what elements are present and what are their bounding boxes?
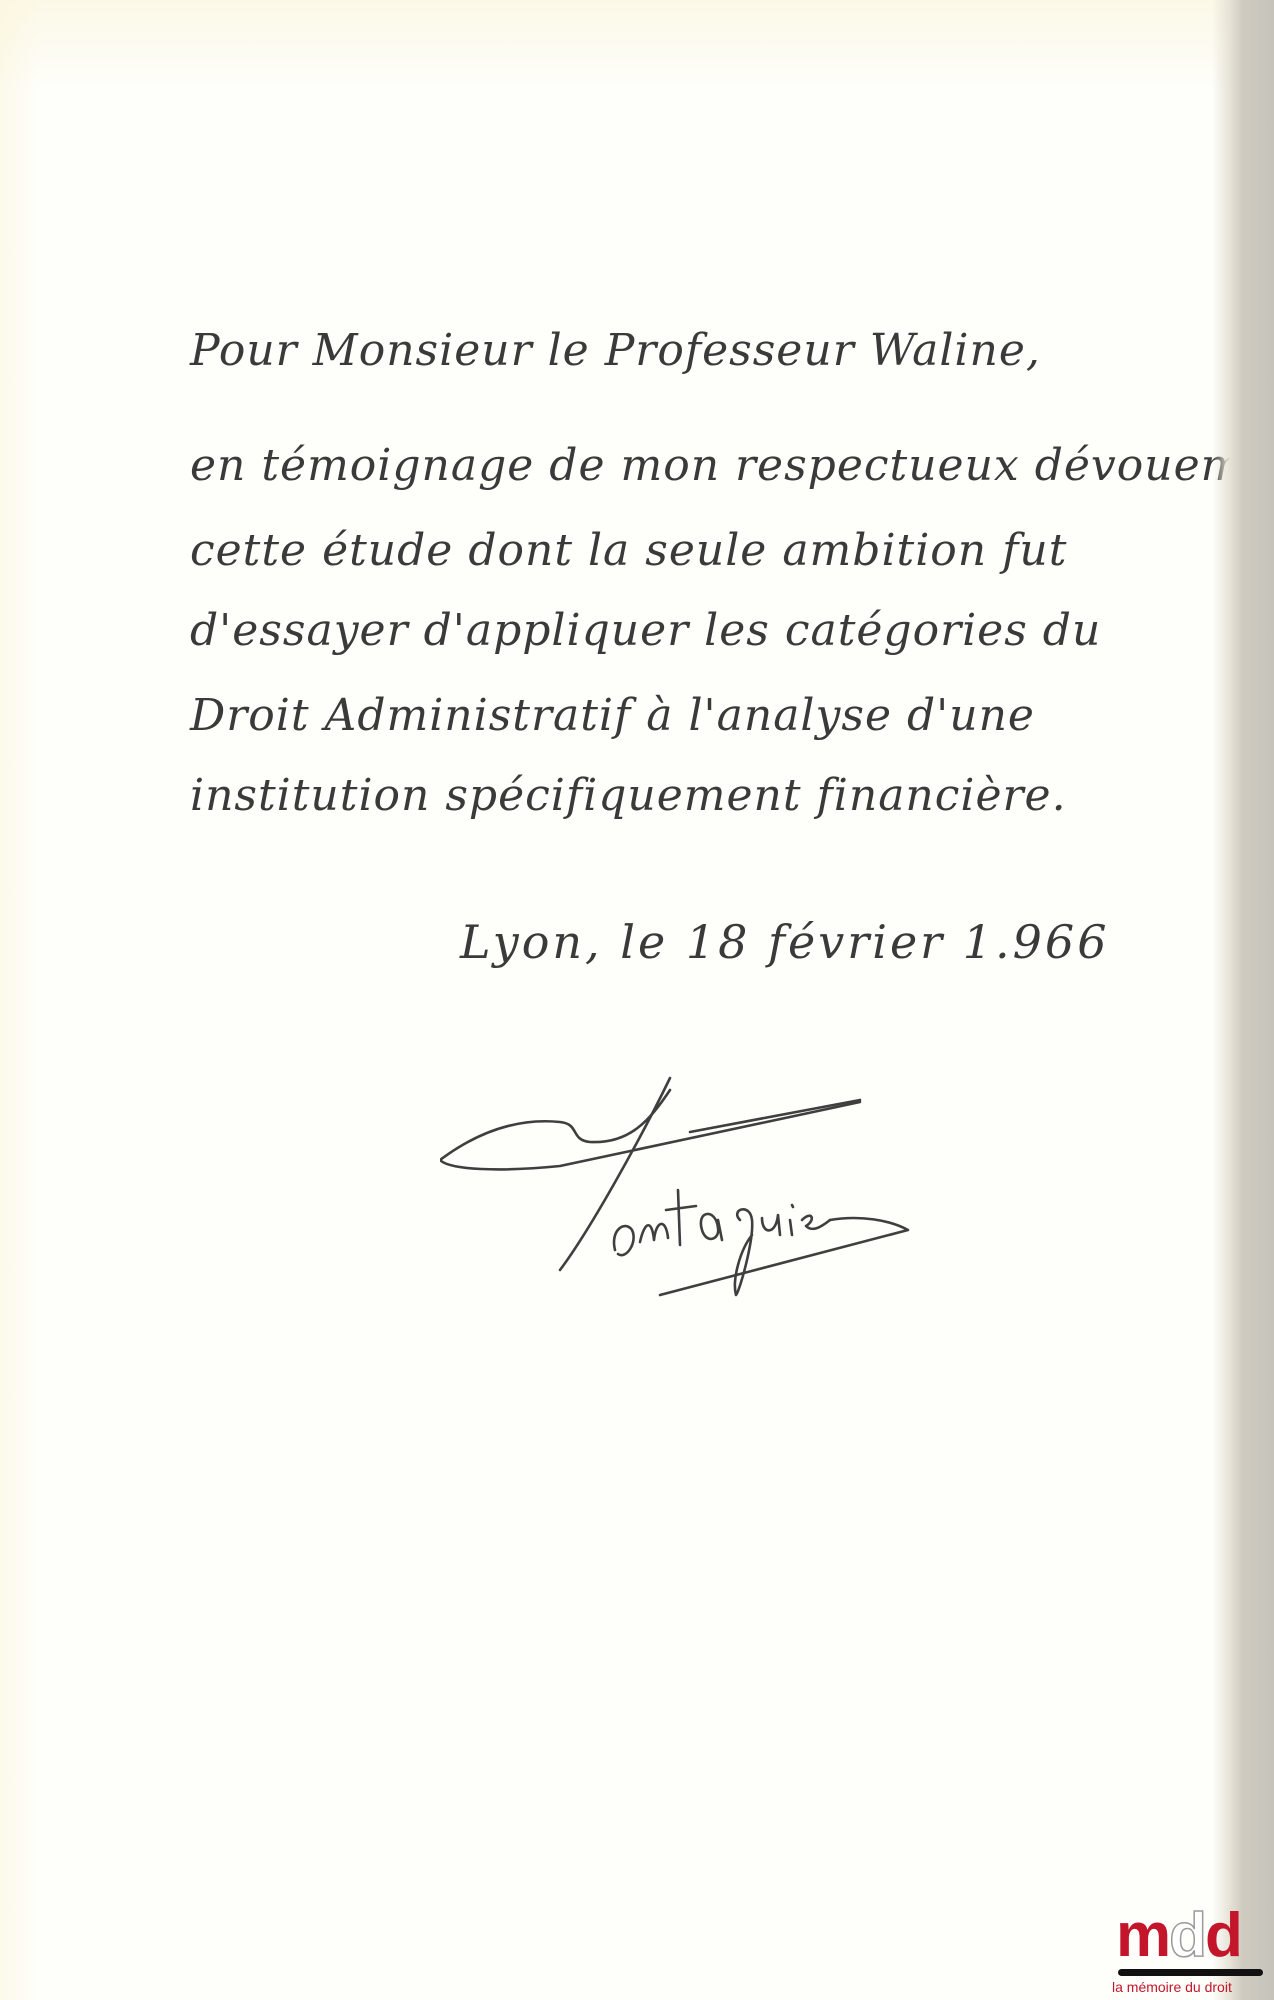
dedication-line-2: en témoignage de mon respectueux dévouem… <box>190 440 1274 491</box>
logo-letter-m: m <box>1116 1901 1169 1970</box>
dedication-line-5: Droit Administratif à l'analyse d'une <box>190 690 1035 741</box>
dedication-line-1: Pour Monsieur le Professeur Waline, <box>190 325 1041 376</box>
logo-mark: mdd <box>1116 1905 1241 1967</box>
mdd-logo: mdd la mémoire du droit <box>1108 1905 1268 1997</box>
dedication-line-4: d'essayer d'appliquer les catégories du <box>190 605 1101 656</box>
logo-letter-d-outline: d <box>1169 1901 1205 1970</box>
book-spine-shadow <box>1212 0 1274 2000</box>
scanned-page: Pour Monsieur le Professeur Waline, en t… <box>0 0 1274 2000</box>
logo-letter-d: d <box>1205 1901 1241 1970</box>
signature <box>440 1070 1000 1300</box>
dedication-line-3: cette étude dont la seule ambition fut <box>190 525 1067 576</box>
logo-underline-bar <box>1118 1969 1263 1976</box>
dedication-line-6: institution spécifiquement financière. <box>190 770 1067 821</box>
logo-tagline: la mémoire du droit <box>1112 1979 1232 1995</box>
place-and-date: Lyon, le 18 février 1.966 <box>460 915 1109 969</box>
